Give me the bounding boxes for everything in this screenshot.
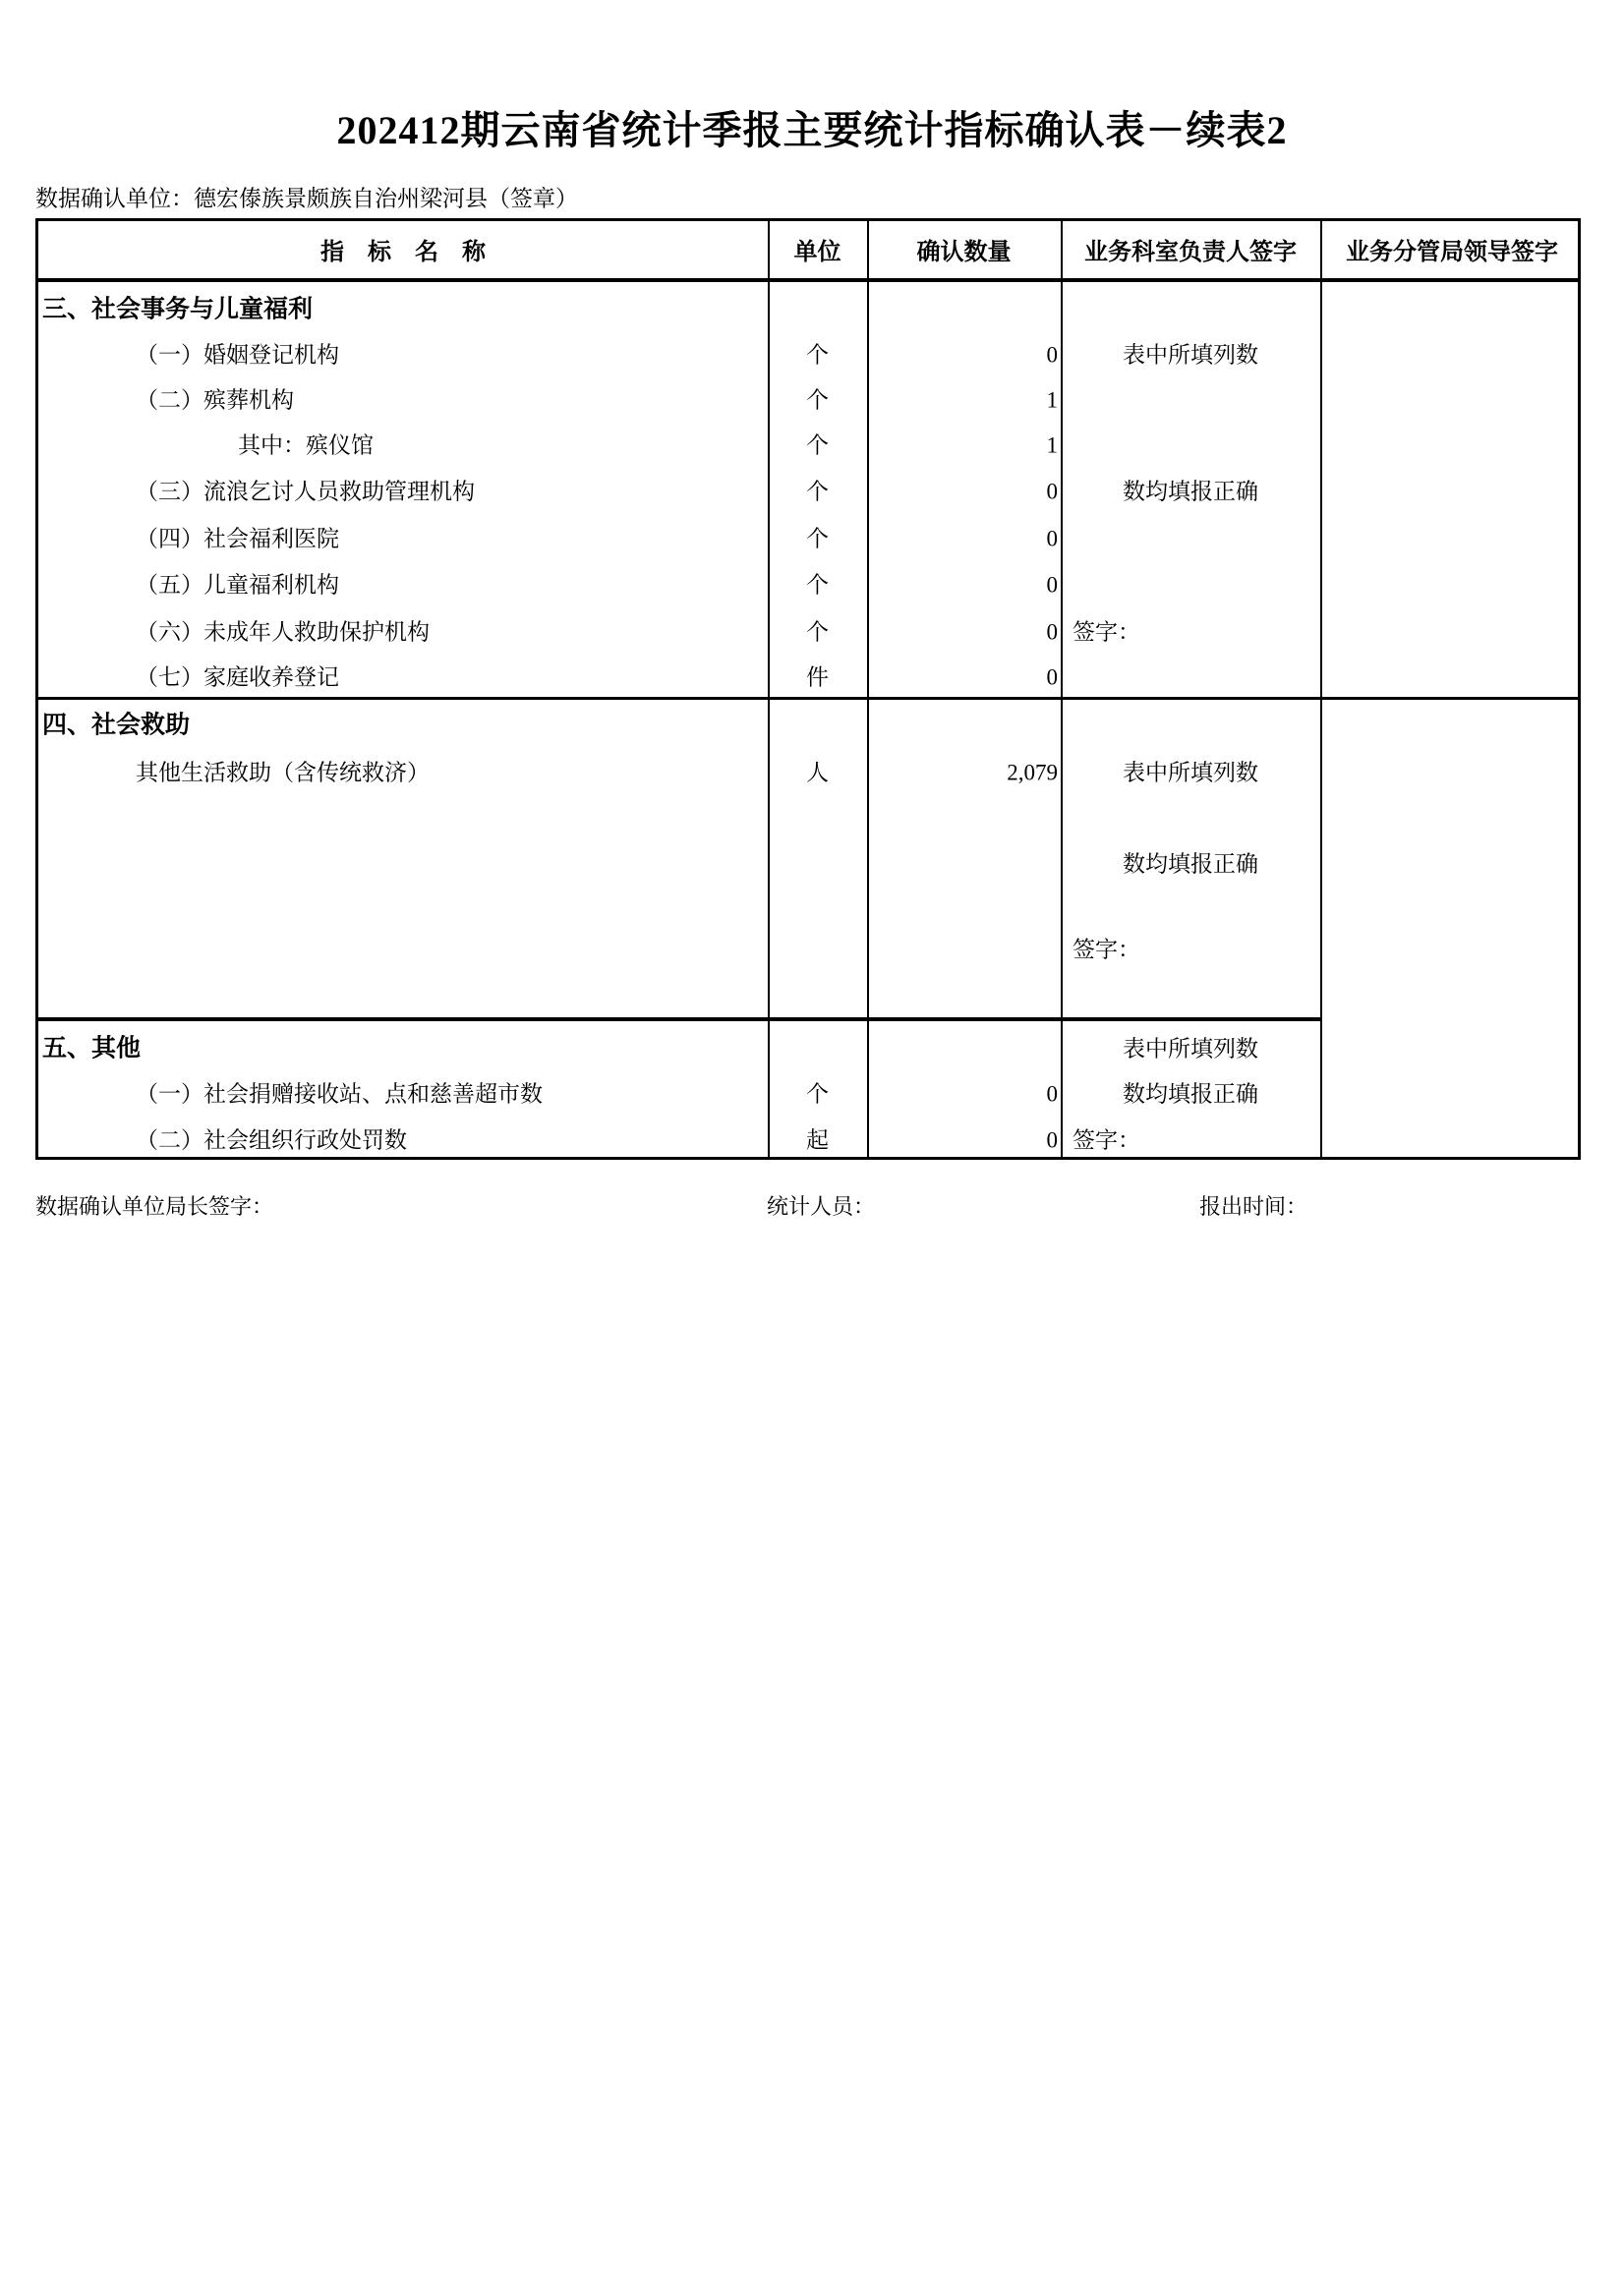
row-name: 其中：殡仪馆 — [238, 434, 374, 457]
row-value: 0 — [868, 1083, 1058, 1106]
page-title: 202412期云南省统计季报主要统计指标确认表－续表2 — [0, 111, 1624, 150]
note-signature: 签字： — [1073, 1129, 1140, 1152]
header-bottom-border — [38, 278, 1578, 282]
row-name: （三）流浪乞讨人员救助管理机构 — [136, 481, 475, 503]
row-name: 其他生活救助（含传统救济） — [136, 762, 430, 784]
table-header-unit: 单位 — [768, 241, 867, 264]
row-name: （六）未成年人救助保护机构 — [136, 621, 430, 644]
row-name: （二）社会组织行政处罚数 — [136, 1129, 407, 1152]
row-unit: 起 — [768, 1129, 867, 1152]
row-unit: 件 — [768, 666, 867, 689]
section-divider-3-4 — [38, 697, 1578, 700]
column-divider-4 — [1320, 221, 1322, 1157]
row-name: （二）殡葬机构 — [136, 389, 294, 412]
table-header-leader-signature: 业务分管局领导签字 — [1320, 241, 1584, 264]
row-value: 1 — [868, 389, 1058, 412]
section-title: 五、其他 — [42, 1037, 141, 1062]
table-header-dept-signature: 业务科室负责人签字 — [1061, 241, 1320, 264]
row-name: （七）家庭收养登记 — [136, 666, 339, 689]
row-unit: 个 — [768, 1083, 867, 1106]
table-header-quantity: 确认数量 — [867, 241, 1061, 264]
row-unit: 个 — [768, 574, 867, 597]
row-value: 0 — [868, 574, 1058, 597]
document-page: 202412期云南省统计季报主要统计指标确认表－续表2 数据确认单位：德宏傣族景… — [0, 0, 1624, 2296]
note-correct: 数均填报正确 — [1061, 853, 1320, 876]
row-name: （五）儿童福利机构 — [136, 574, 339, 597]
row-name: （一）婚姻登记机构 — [136, 344, 339, 367]
row-value: 0 — [868, 1129, 1058, 1152]
row-value: 1 — [868, 434, 1058, 457]
row-unit: 人 — [768, 762, 867, 784]
row-unit: 个 — [768, 434, 867, 457]
note-signature: 签字： — [1073, 621, 1140, 644]
note-correct: 数均填报正确 — [1061, 1083, 1320, 1106]
confirmation-table: 指 标 名 称 单位 确认数量 业务科室负责人签字 业务分管局领导签字 三、社会… — [35, 218, 1581, 1160]
confirm-unit-line: 数据确认单位：德宏傣族景颇族自治州梁河县（签章） — [35, 188, 578, 210]
note-filled-numbers: 表中所填列数 — [1061, 344, 1320, 367]
row-value: 0 — [868, 344, 1058, 367]
section-title: 四、社会救助 — [42, 714, 190, 738]
note-filled-numbers: 表中所填列数 — [1061, 1038, 1320, 1061]
footer-director-signature-label: 数据确认单位局长签字： — [35, 1196, 273, 1218]
row-name: （一）社会捐赠接收站、点和慈善超市数 — [136, 1083, 543, 1106]
row-unit: 个 — [768, 481, 867, 503]
row-value: 0 — [868, 621, 1058, 644]
row-unit: 个 — [768, 344, 867, 367]
note-filled-numbers: 表中所填列数 — [1061, 762, 1320, 784]
section-title: 三、社会事务与儿童福利 — [42, 298, 313, 322]
row-value: 0 — [868, 666, 1058, 689]
row-name: （四）社会福利医院 — [136, 528, 339, 550]
note-signature: 签字： — [1073, 939, 1140, 961]
row-value: 0 — [868, 528, 1058, 550]
table-header-indicator-name: 指 标 名 称 — [38, 241, 768, 264]
footer-statistician-label: 统计人员： — [767, 1196, 875, 1218]
note-correct: 数均填报正确 — [1061, 481, 1320, 503]
row-unit: 个 — [768, 389, 867, 412]
row-value: 0 — [868, 481, 1058, 503]
footer-report-time-label: 报出时间： — [1199, 1196, 1307, 1218]
row-unit: 个 — [768, 621, 867, 644]
section-divider-4-5 — [38, 1017, 1320, 1021]
row-unit: 个 — [768, 528, 867, 550]
row-value: 2,079 — [868, 762, 1058, 784]
